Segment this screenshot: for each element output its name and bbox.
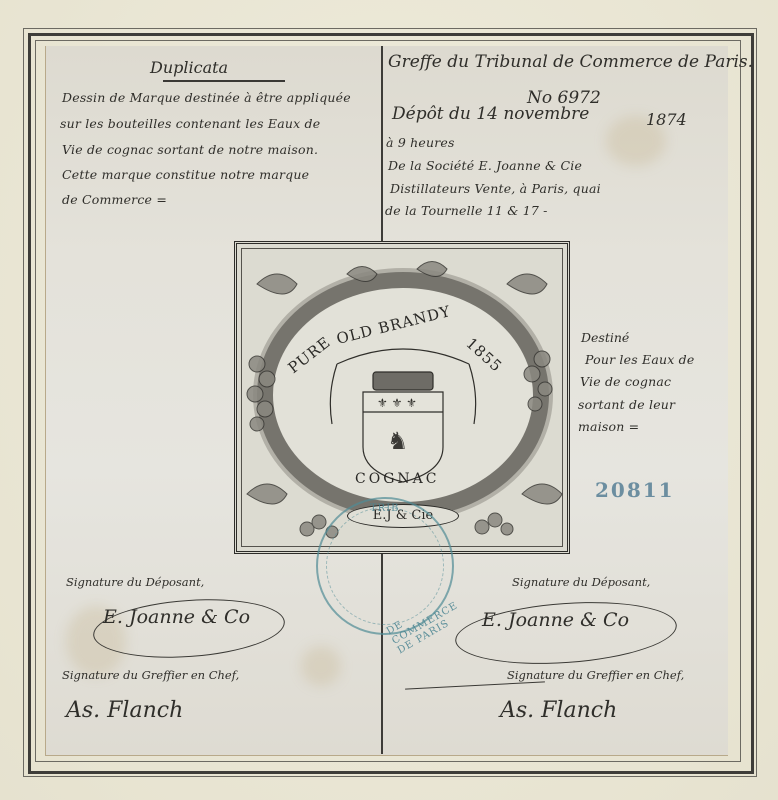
destine-line: maison = <box>578 419 639 434</box>
registry-heading: Greffe du Tribunal de Commerce de Paris. <box>388 52 753 72</box>
left-text-line: Cette marque constitue notre marque <box>62 167 309 182</box>
left-text-line: Vie de cognac sortant de notre maison. <box>62 142 318 157</box>
stamp-text-top: TRIB <box>370 503 400 514</box>
deposit-year: 1874 <box>646 110 687 129</box>
left-depositor-signature: E. Joanne & Co <box>103 606 250 628</box>
left-clerk-signature: As. Flanch <box>66 698 183 723</box>
left-text-line: sur les bouteilles contenant les Eaux de <box>60 116 320 131</box>
tribunal-stamp: TRIB DE COMMERCE DE PARIS <box>316 497 454 635</box>
right-text-line: De la Société E. Joanne & Cie <box>388 158 582 173</box>
stain <box>301 646 341 686</box>
right-text-line: Distillateurs Vente, à Paris, quai <box>390 181 601 196</box>
left-text-line: Dessin de Marque destinée à être appliqu… <box>62 90 351 105</box>
svg-text:⚜ ⚜ ⚜: ⚜ ⚜ ⚜ <box>377 396 417 410</box>
left-text-line: de Commerce = <box>62 192 167 207</box>
right-text-line: de la Tournelle 11 & 17 - <box>385 203 548 218</box>
destine-line: Pour les Eaux de <box>585 352 694 367</box>
label-cognac: COGNAC <box>355 471 439 487</box>
center-divider-top <box>381 46 383 241</box>
duplicata-underline <box>163 80 285 82</box>
destine-title: Destiné <box>581 330 629 345</box>
right-clerk-signature: As. Flanch <box>500 698 617 723</box>
deposit-date: Dépôt du 14 novembre <box>392 104 589 124</box>
svg-text:♞: ♞ <box>387 427 409 455</box>
destine-line: Vie de cognac <box>580 374 671 389</box>
right-clerk-label: Signature du Greffier en Chef, <box>507 668 684 682</box>
right-text-line: à 9 heures <box>386 135 455 150</box>
serial-number: 20811 <box>595 478 675 502</box>
left-depositor-label: Signature du Déposant, <box>66 575 204 589</box>
right-depositor-label: Signature du Déposant, <box>512 575 650 589</box>
destine-line: sortant de leur <box>578 397 675 412</box>
right-depositor-signature: E. Joanne & Co <box>482 609 629 631</box>
left-clerk-label: Signature du Greffier en Chef, <box>62 668 239 682</box>
duplicata-title: Duplicata <box>150 58 228 77</box>
